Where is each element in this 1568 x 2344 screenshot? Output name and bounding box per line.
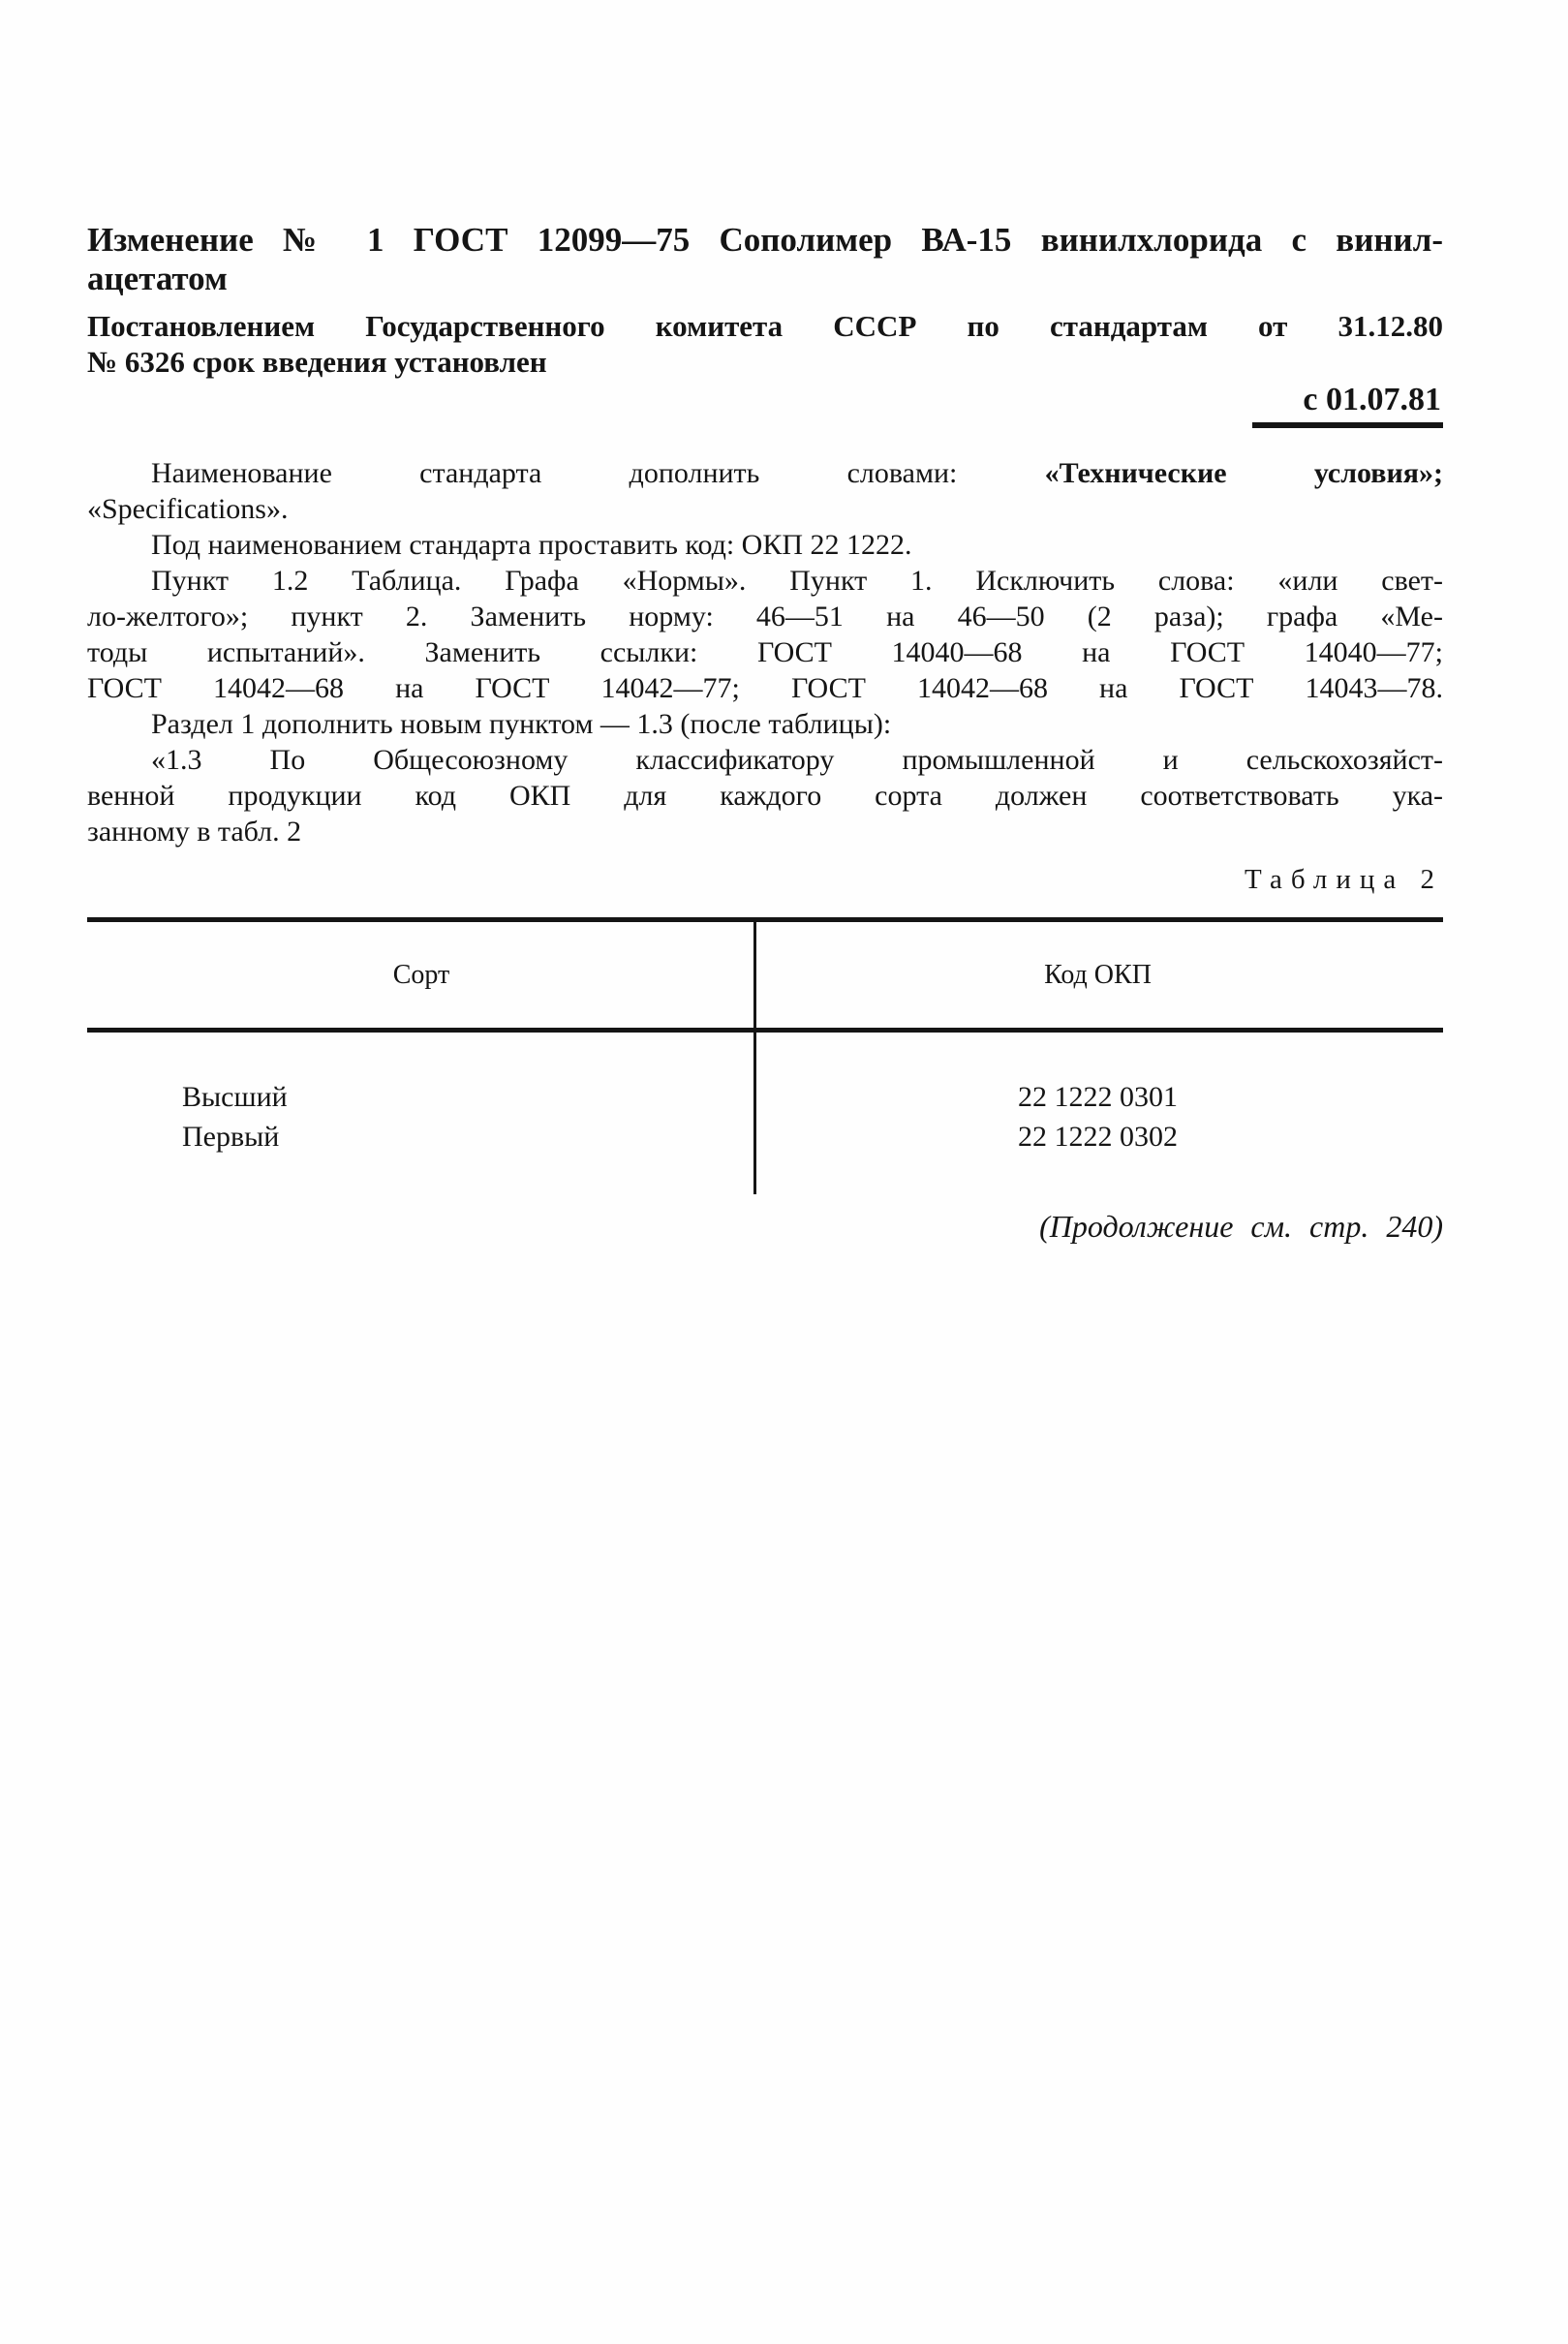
column-header-sort: Сорт: [87, 960, 755, 991]
table-header-row: Сорт Код ОКП: [87, 922, 1443, 1028]
okp-code-cell: 22 1222 0302: [755, 1117, 1440, 1157]
body-line-2: «Specifications».: [87, 491, 1443, 527]
table-caption: Таблица 2: [87, 862, 1443, 897]
heading-line-2: ацетатом: [87, 260, 1443, 298]
body-line-3: Под наименованием стандарта проставить к…: [87, 527, 1443, 563]
effective-date: с 01.07.81: [1252, 382, 1443, 428]
body-line-10: венной продукции код ОКП для каждого сор…: [87, 778, 1443, 814]
heading-line-1: Изменение № 1 ГОСТ 12099—75 Сополимер ВА…: [87, 221, 1443, 260]
column-header-okp: Код ОКП: [755, 960, 1440, 991]
body-line-5: ло-желтого»; пункт 2. Заменить норму: 46…: [87, 599, 1443, 634]
scanned-document-page: Изменение № 1 ГОСТ 12099—75 Сополимер ВА…: [0, 0, 1568, 2344]
body-line-6: тоды испытаний». Заменить ссылки: ГОСТ 1…: [87, 634, 1443, 670]
heading-line-3: Постановлением Государственного комитета…: [87, 308, 1443, 344]
grade-cell: Первый: [87, 1117, 755, 1157]
body-line-1-normal: Наименование стандарта дополнить словами…: [151, 457, 957, 489]
body-line-1: Наименование стандарта дополнить словами…: [87, 455, 1443, 491]
continuation-note: (Продолжение см. стр. 240): [87, 1207, 1443, 1246]
body-line-1-bold: «Технические условия»;: [1045, 457, 1443, 489]
effective-date-line: с 01.07.81: [87, 382, 1443, 428]
body-line-8: Раздел 1 дополнить новым пунктом — 1.3 (…: [87, 706, 1443, 742]
body-line-7: ГОСТ 14042—68 на ГОСТ 14042—77; ГОСТ 140…: [87, 670, 1443, 706]
table-row: Высший 22 1222 0301: [87, 1077, 1443, 1117]
body-line-11: занному в табл. 2: [87, 814, 1443, 849]
body-line-9: «1.3 По Общесоюзному классификатору пром…: [87, 742, 1443, 778]
heading-line-4: № 6326 срок введения установлен: [87, 344, 1443, 380]
table-2: Сорт Код ОКП Высший 22 1222 0301 Первый …: [87, 917, 1443, 1197]
body-line-4: Пункт 1.2 Таблица. Графа «Нормы». Пункт …: [87, 563, 1443, 599]
table-body: Высший 22 1222 0301 Первый 22 1222 0302: [87, 1033, 1443, 1197]
document-content: Изменение № 1 ГОСТ 12099—75 Сополимер ВА…: [87, 221, 1443, 1246]
column-divider-line: [753, 922, 756, 1194]
okp-code-cell: 22 1222 0301: [755, 1077, 1440, 1117]
table-row: Первый 22 1222 0302: [87, 1117, 1443, 1157]
grade-cell: Высший: [87, 1077, 755, 1117]
document-body: Наименование стандарта дополнить словами…: [87, 455, 1443, 849]
